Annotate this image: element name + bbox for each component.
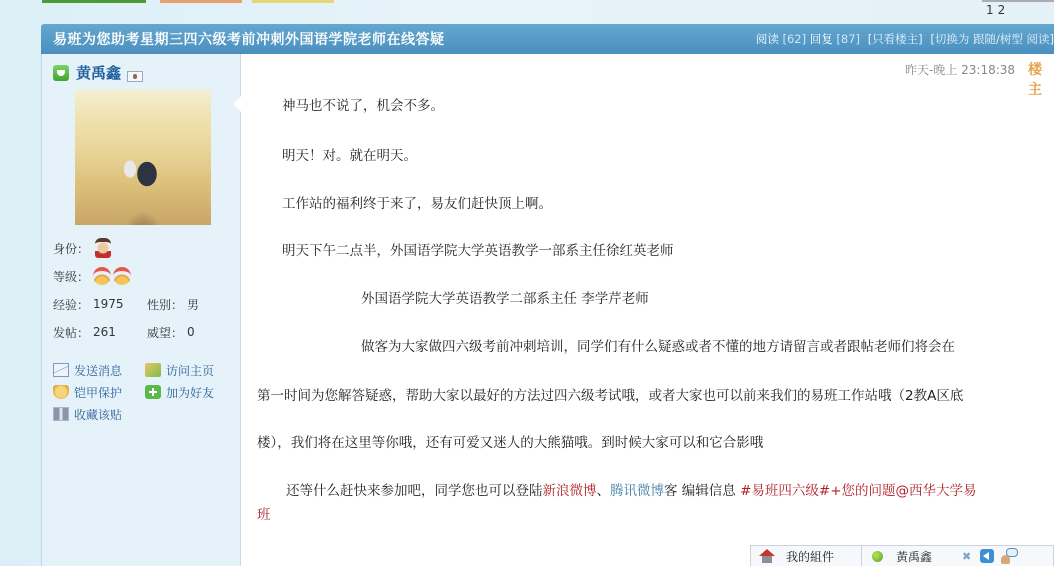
author-line: 黄禹鑫 <box>53 62 143 83</box>
post-paragraph: 工作站的福利终于来了，易友们赶快顶上啊。 <box>282 192 552 212</box>
identity-label: 身份： <box>53 240 93 257</box>
favorite-icon <box>53 407 69 421</box>
top-tabs <box>42 0 334 3</box>
post-paragraph: 外国语学院大学英语教学二部系主任 李学芹老师 <box>361 287 649 307</box>
sina-weibo-link[interactable]: 新浪微博 <box>543 483 597 499</box>
gender-label: 性别： <box>147 296 187 313</box>
separator: 、 <box>597 483 611 499</box>
page-link-2[interactable]: 2 <box>998 3 1007 17</box>
read-count: [62] <box>783 32 807 46</box>
tencent-weibo-link[interactable]: 腾讯微博 <box>610 483 664 499</box>
page-link-1[interactable]: 1 <box>986 3 995 17</box>
pager-divider <box>982 0 1054 2</box>
send-message-button[interactable]: 发送消息 <box>53 362 145 379</box>
send-message-label: 发送消息 <box>74 362 122 379</box>
shield-icon <box>53 385 69 399</box>
post-paragraph: 第一时间为您解答疑惑，帮助大家以最好的方法过四六级考试哦，或者大家也可以前来我们… <box>257 384 963 404</box>
level-crown-icon <box>113 267 131 285</box>
post-paragraph: 楼），我们将在这里等你哦，还有可爱又迷人的大熊猫哦。到时候大家可以和它合影哦 <box>257 431 763 451</box>
identity-icon <box>95 238 111 258</box>
add-friend-label: 加为好友 <box>166 384 214 401</box>
favorite-post-button[interactable]: 收藏该贴 <box>53 406 145 423</box>
close-icon[interactable]: ✖ <box>962 550 971 563</box>
thread-title: 易班为您助考星期三四六级考前冲刺外国语学院老师在线答疑 <box>53 29 445 49</box>
online-status-icon <box>53 65 69 81</box>
top-tab-yellow[interactable] <box>252 0 334 3</box>
prestige-label: 威望： <box>147 324 187 341</box>
level-crown-icon <box>93 267 111 285</box>
author-name[interactable]: 黄禹鑫 <box>76 62 121 83</box>
avatar[interactable] <box>75 89 211 225</box>
paragraph-text: 还等什么赶快来参加吧，同学您也可以登陆 <box>286 483 543 499</box>
post-paragraph: 明天！对。就在明天。 <box>282 144 417 164</box>
floor-label: 楼主 <box>1028 59 1054 99</box>
post-paragraph: 还等什么赶快来参加吧，同学您也可以登陆新浪微博、腾讯微博客 编辑信息 #易班四六… <box>286 479 977 499</box>
post-paragraph: 神马也不说了，机会不多。 <box>282 94 444 114</box>
exp-value: 1975 <box>93 297 147 311</box>
armor-protect-button[interactable]: 铠甲保护 <box>53 384 145 401</box>
pagination: 12 <box>986 3 1009 17</box>
back-icon[interactable] <box>980 549 994 563</box>
thread-header: 易班为您助考星期三四六级考前冲刺外国语学院老师在线答疑 阅读 [62] 回复 [… <box>41 24 1054 54</box>
author-actions: 发送消息 访问主页 铠甲保护 加为好友 收藏该贴 <box>53 359 238 425</box>
my-components-button[interactable]: 我的組件 <box>751 546 862 566</box>
posts-prestige-row: 发帖： 261 威望： 0 <box>53 318 233 346</box>
add-friend-icon <box>145 385 161 399</box>
homepage-icon <box>145 363 161 377</box>
post-paragraph: 明天下午二点半，外国语学院大学英语教学一部系主任徐红英老师 <box>282 239 674 259</box>
chat-icon[interactable] <box>1000 548 1016 564</box>
level-row: 等级： <box>53 262 233 290</box>
reply-label: 回复 <box>810 32 833 46</box>
visit-home-button[interactable]: 访问主页 <box>145 362 237 379</box>
prestige-value: 0 <box>187 325 195 339</box>
switch-view-link[interactable]: [切换为 跟随/树型 阅读] <box>930 32 1054 46</box>
post-paragraph: 做客为大家做四六级考前冲刺培训，同学们有什么疑惑或者不懂的地方请留言或者跟帖老师… <box>361 335 955 355</box>
toolbar-username: 黃禹鑫 <box>896 548 932 565</box>
favorite-post-label: 收藏该贴 <box>74 406 122 423</box>
exp-gender-row: 经验： 1975 性别： 男 <box>53 290 233 318</box>
hashtag-text-end: 班 <box>257 503 271 523</box>
author-sidebar: 黄禹鑫 身份： 等级： 经验： 1975 性别： 男 发帖： 261 威望： 0 <box>41 54 241 566</box>
post-time: 昨天-晚上 23:18:38 <box>905 61 1015 78</box>
gender-value: 男 <box>187 296 199 313</box>
toolbar-user[interactable]: 黃禹鑫 ✖ <box>862 546 1053 566</box>
reply-count: [87] <box>836 32 860 46</box>
only-author-link[interactable]: [只看楼主] <box>868 32 923 46</box>
post-content: 昨天-晚上 23:18:38 楼主 神马也不说了，机会不多。 明天！对。就在明天… <box>241 54 1054 566</box>
identity-row: 身份： <box>53 234 233 262</box>
read-label: 阅读 <box>756 32 779 46</box>
author-stats: 身份： 等级： 经验： 1975 性别： 男 发帖： 261 威望： 0 <box>53 234 233 346</box>
top-tab-green[interactable] <box>42 0 146 3</box>
bottom-toolbar: 我的組件 黃禹鑫 ✖ <box>750 545 1054 566</box>
home-icon <box>759 549 775 563</box>
hashtag-text: #易班四六级#+您的问题@西华大学易 <box>740 483 976 499</box>
user-card-icon[interactable] <box>127 71 143 82</box>
posts-value: 261 <box>93 325 147 339</box>
paragraph-text: 客 编辑信息 <box>664 483 740 499</box>
mail-icon <box>53 363 69 377</box>
online-dot-icon <box>872 551 883 562</box>
level-label: 等级： <box>53 268 93 285</box>
add-friend-button[interactable]: 加为好友 <box>145 384 237 401</box>
armor-protect-label: 铠甲保护 <box>74 384 122 401</box>
top-tab-orange[interactable] <box>160 0 242 3</box>
posts-label: 发帖： <box>53 324 93 341</box>
thread-meta: 阅读 [62] 回复 [87] [只看楼主] [切换为 跟随/树型 阅读] <box>756 31 1054 47</box>
my-components-label: 我的組件 <box>786 548 834 565</box>
exp-label: 经验： <box>53 296 93 313</box>
visit-home-label: 访问主页 <box>166 362 214 379</box>
